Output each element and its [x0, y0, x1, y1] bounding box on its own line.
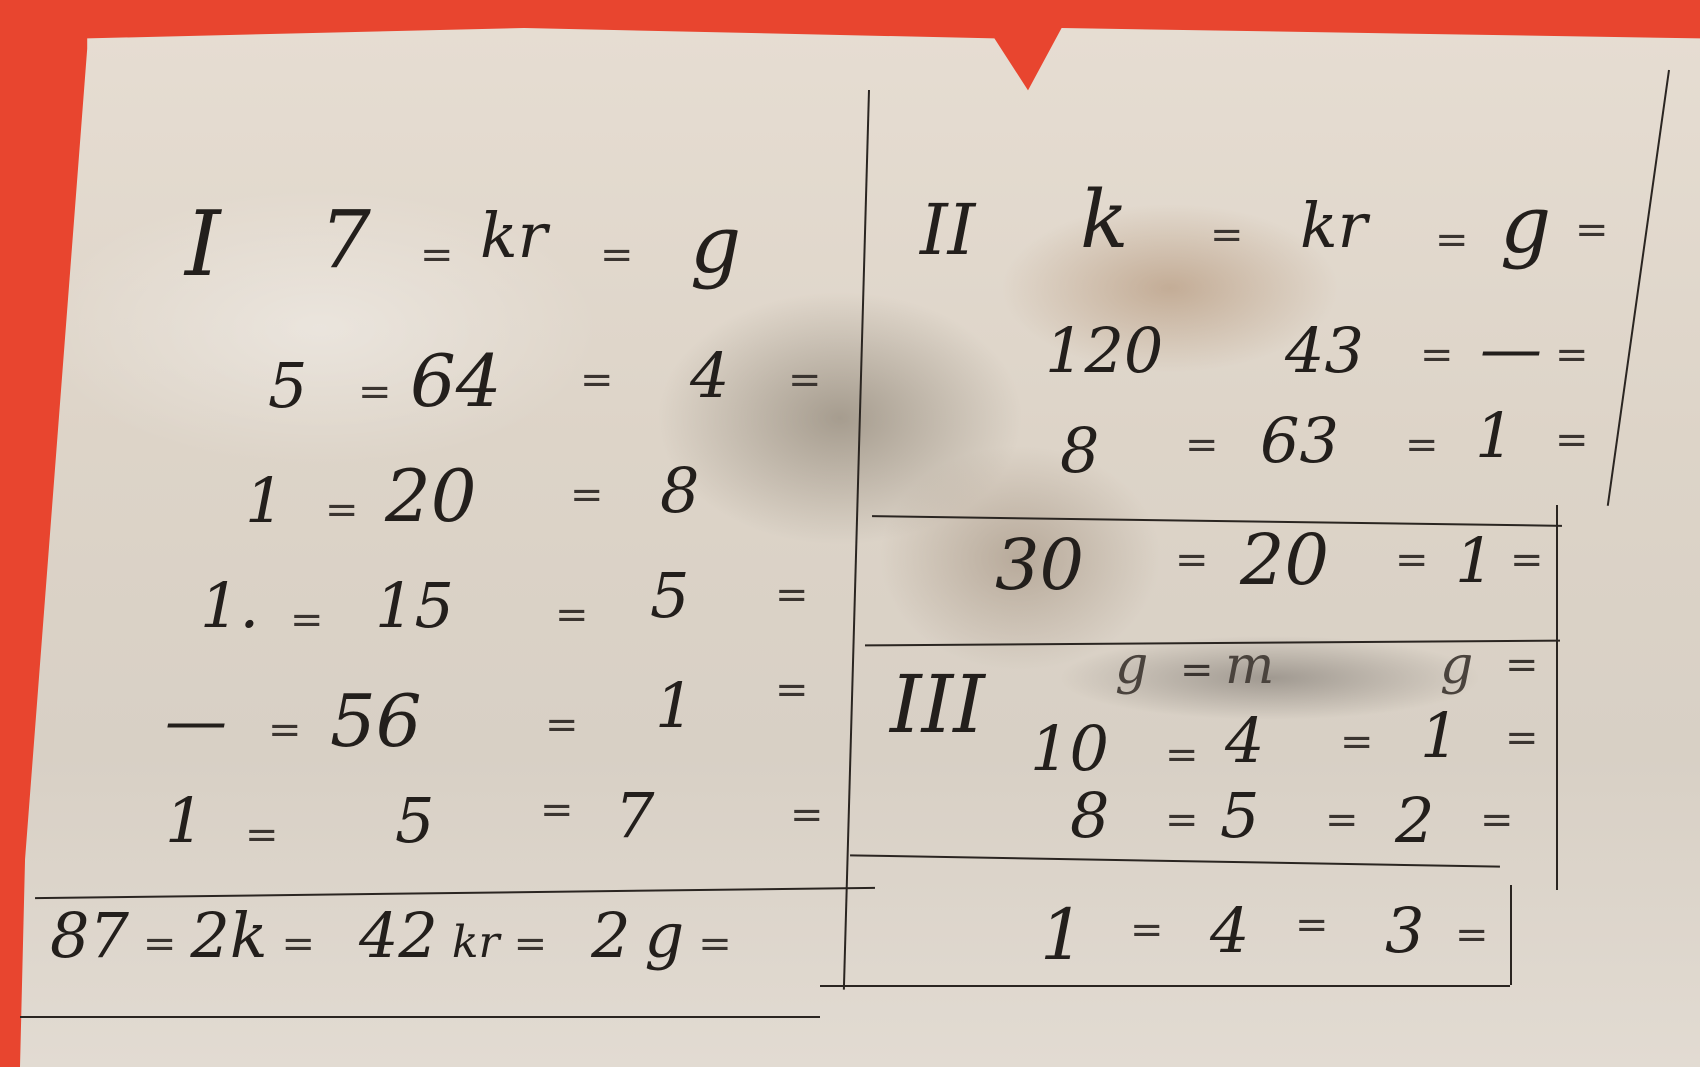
cell: 7 [615, 785, 654, 847]
separator: = [325, 490, 359, 530]
separator: = [358, 372, 392, 412]
header-cell: 7 [320, 200, 371, 280]
total-cell: 42 [359, 905, 438, 967]
cell: 20 [385, 460, 477, 532]
total-cell: 20 [1240, 525, 1329, 595]
cell: 43 [1285, 320, 1364, 382]
cell: 10 [1030, 718, 1109, 780]
separator: = [281, 924, 315, 964]
total-cell: g [645, 905, 685, 967]
left-total-bottom-line [20, 1016, 820, 1018]
section-numeral-ii: II [920, 195, 975, 265]
cell: 1 [165, 790, 204, 852]
cell: 4 [1225, 710, 1264, 772]
total-cell: kr [452, 921, 500, 965]
separator: = [1165, 735, 1199, 775]
header-cell: g [690, 205, 741, 285]
cell: 8 [1070, 785, 1109, 847]
cell: 5 [650, 565, 689, 627]
separator: = [545, 705, 579, 745]
separator: = [1165, 800, 1199, 840]
section-numeral-iii: III [890, 665, 985, 745]
separator: = [1185, 425, 1219, 465]
separator: = [600, 235, 634, 275]
separator: = [1210, 215, 1244, 255]
total-cell: 3 [1385, 900, 1424, 962]
separator: = [1180, 650, 1214, 690]
separator: = [245, 815, 279, 855]
header-cell: kr [1300, 195, 1367, 257]
cell: 56 [330, 685, 422, 757]
cell: 4 [690, 345, 729, 407]
separator: = [1505, 718, 1539, 758]
cell: 1. [200, 575, 259, 637]
separator: = [1435, 220, 1469, 260]
separator: = [1405, 425, 1439, 465]
separator: = [1480, 800, 1514, 840]
header-cell: k [1080, 180, 1128, 260]
cell: 1 [1475, 405, 1514, 467]
total-cell: 2 [591, 905, 630, 967]
cell: 8 [1060, 420, 1099, 482]
total-cell: 2k [190, 905, 267, 967]
separator: = [698, 924, 732, 964]
section3-total-bottom-line [820, 985, 1510, 987]
total-cell: 4 [1210, 900, 1249, 962]
cell: 63 [1260, 410, 1339, 472]
separator: = [1340, 722, 1374, 762]
section2-right-line [1556, 505, 1558, 645]
separator: = [1505, 645, 1539, 685]
separator: = [1395, 540, 1429, 580]
header-cell: g [1115, 640, 1148, 692]
separator: = [1420, 335, 1454, 375]
section3-right-line [1556, 640, 1558, 890]
cell: — [165, 690, 227, 752]
separator: = [1455, 915, 1489, 955]
cell: 5 [395, 790, 434, 852]
header-cell: m [1225, 640, 1274, 692]
separator: = [570, 475, 604, 515]
total-cell: 1 [1455, 530, 1494, 592]
separator: = [514, 924, 548, 964]
separator: = [1555, 420, 1589, 460]
total-cell: 87 [50, 905, 129, 967]
header-cell: g [1500, 185, 1551, 265]
total-cell: 30 [995, 530, 1084, 600]
separator: = [788, 360, 822, 400]
separator: = [1555, 335, 1589, 375]
cell: 2 [1395, 790, 1434, 852]
separator: = [775, 670, 809, 710]
cell: 1 [245, 470, 284, 532]
separator: = [290, 600, 324, 640]
separator: = [268, 710, 302, 750]
header-cell: g [1440, 640, 1473, 692]
left-total-row: 87 = 2k = 42 kr = 2 g = [50, 905, 732, 967]
cell: 5 [1220, 785, 1259, 847]
cell: 1 [1420, 705, 1459, 767]
cell: 1 [655, 675, 694, 737]
separator: = [1325, 800, 1359, 840]
separator: = [790, 795, 824, 835]
separator: = [420, 235, 454, 275]
separator: = [1575, 210, 1609, 250]
header-cell: kr [480, 205, 547, 267]
cell: 15 [375, 575, 454, 637]
cell: 64 [410, 345, 502, 417]
separator: = [580, 360, 614, 400]
cell: 8 [660, 460, 699, 522]
separator: = [143, 924, 177, 964]
section3-total-right-line [1510, 885, 1512, 985]
total-cell: 1 [1040, 900, 1085, 970]
cell: 5 [268, 355, 307, 417]
separator: = [775, 575, 809, 615]
separator: = [1175, 540, 1209, 580]
separator: = [555, 595, 589, 635]
separator: = [540, 790, 574, 830]
cell: 120 [1045, 320, 1163, 382]
separator: = [1295, 905, 1329, 945]
section-numeral-i: I [185, 200, 221, 290]
separator: = [1130, 910, 1164, 950]
cell: — [1480, 318, 1542, 380]
separator: = [1510, 540, 1544, 580]
